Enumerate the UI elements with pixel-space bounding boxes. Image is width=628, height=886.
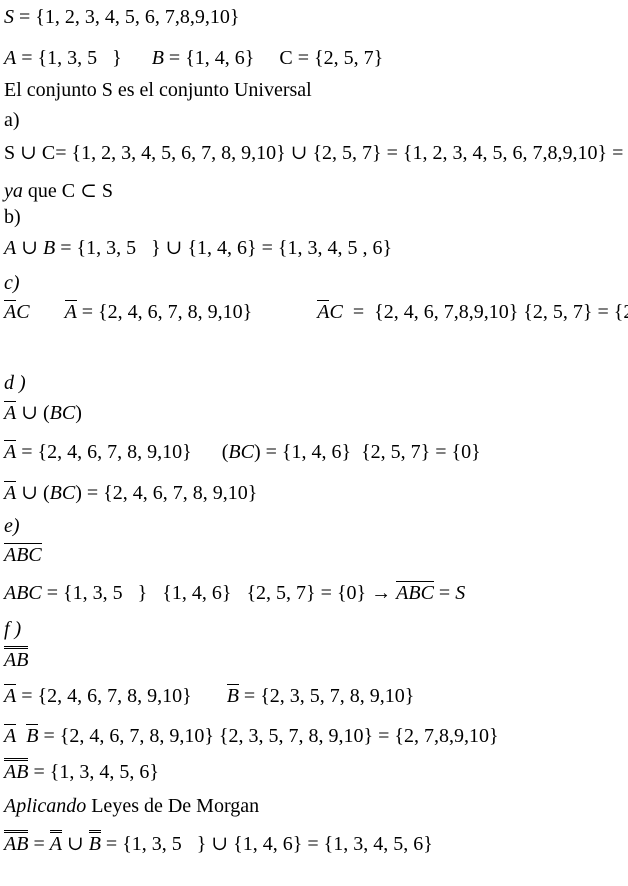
line-comp-a-union-bc-result: A ∪ (BC) = {2, 4, 6, 7, 8, 9,10} bbox=[4, 481, 257, 506]
double-overline-a: A bbox=[50, 830, 62, 855]
overline-a: A bbox=[317, 300, 329, 323]
math-segment: = {1, 3, 5 } ∪ {1, 4, 6} = {1, 3, 4, 5, … bbox=[101, 833, 433, 855]
math-segment: B bbox=[152, 47, 164, 69]
line-comp-a-comp-b-product: A B = {2, 4, 6, 7, 8, 9,10} {2, 3, 5, 7,… bbox=[4, 724, 499, 749]
math-segment: S bbox=[455, 582, 465, 604]
math-segment: ∪ ( bbox=[16, 402, 49, 424]
text-segment: El conjunto S es el conjunto Universal bbox=[4, 79, 312, 101]
overline-b: B bbox=[227, 684, 239, 707]
overline-a: A bbox=[4, 300, 16, 323]
math-segment: = {2, 3, 5, 7, 8, 9,10} bbox=[239, 685, 414, 707]
document-page: S = {1, 2, 3, 4, 5, 6, 7,8,9,10} A = {1,… bbox=[0, 0, 628, 886]
math-segment: = {1, 2, 3, 4, 5, 6, 7,8,9,10} bbox=[14, 6, 239, 28]
line-item-d-label: d ) bbox=[4, 371, 26, 396]
math-segment: = {2, 4, 6, 7, 8, 9,10} {2, 3, 5, 7, 8, … bbox=[38, 725, 498, 747]
overline-a: A bbox=[65, 300, 77, 323]
line-item-e-label: e) bbox=[4, 514, 20, 539]
line-ya-que-c-subset-s: ya que C ⊂ S bbox=[4, 179, 113, 204]
line-double-comp-ab-result: AB = {1, 3, 4, 5, 6} bbox=[4, 758, 159, 785]
text-segment: d ) bbox=[4, 372, 26, 394]
text-segment: f ) bbox=[4, 618, 21, 640]
math-segment: = {2, 4, 6, 7, 8, 9,10} bbox=[77, 301, 252, 323]
math-segment: = {1, 3, 5 } bbox=[16, 47, 151, 69]
line-item-f-label: f ) bbox=[4, 617, 21, 642]
overline-abc: ABC bbox=[396, 581, 434, 604]
double-overline-b: B bbox=[89, 830, 101, 855]
line-double-comp-ab-expression: AB bbox=[4, 646, 28, 673]
text-segment: e) bbox=[4, 515, 20, 537]
math-segment: A bbox=[4, 47, 16, 69]
math-segment: ) = {1, 4, 6} {2, 5, 7} = {0} bbox=[254, 441, 481, 463]
math-segment bbox=[252, 301, 317, 323]
text-segment: a) bbox=[4, 109, 20, 131]
text-segment: Leyes de De Morgan bbox=[86, 795, 259, 817]
line-comp-a-comp-b-values: A = {2, 4, 6, 7, 8, 9,10} B = {2, 3, 5, … bbox=[4, 684, 414, 709]
math-segment: BC bbox=[50, 482, 76, 504]
double-overline-ab: AB bbox=[4, 646, 28, 671]
double-overline-ab: AB bbox=[4, 758, 28, 783]
math-segment: C bbox=[16, 301, 29, 323]
math-segment: = {2, 4, 6, 7,8,9,10} {2, 5, 7} = {2, 7} bbox=[343, 301, 628, 323]
math-segment: = {2, 4, 6, 7, 8, 9,10} bbox=[16, 685, 191, 707]
overline-a: A bbox=[4, 440, 16, 463]
overline-b: B bbox=[26, 724, 38, 747]
line-universal-set-note: El conjunto S es el conjunto Universal bbox=[4, 78, 312, 103]
math-segment: = {1, 3, 4, 5, 6} bbox=[28, 761, 158, 783]
line-comp-a-and-bc-values: A = {2, 4, 6, 7, 8, 9,10} (BC) = {1, 4, … bbox=[4, 440, 481, 465]
line-s-union-c: S ∪ C= {1, 2, 3, 4, 5, 6, 7, 8, 9,10} ∪ … bbox=[4, 141, 628, 166]
line-comp-a-union-bc-expression: A ∪ (BC) bbox=[4, 401, 82, 426]
math-segment: BC bbox=[50, 402, 76, 424]
math-segment: ) = {2, 4, 6, 7, 8, 9,10} bbox=[75, 482, 257, 504]
line-item-c-label: c) bbox=[4, 271, 20, 296]
math-segment: = {1, 3, 5 } {1, 4, 6} {2, 5, 7} = {0} → bbox=[42, 582, 396, 604]
math-segment: = {2, 4, 6, 7, 8, 9,10} bbox=[16, 441, 191, 463]
math-segment: BC bbox=[228, 441, 254, 463]
math-segment bbox=[30, 301, 65, 323]
line-comp-abc-expression: ABC bbox=[4, 543, 42, 568]
math-segment bbox=[192, 685, 227, 707]
math-segment: ( bbox=[192, 441, 229, 463]
math-segment: = {1, 4, 6} C = {2, 5, 7} bbox=[164, 47, 383, 69]
overline-a: A bbox=[4, 401, 16, 424]
math-segment: = {1, 3, 5 } ∪ {1, 4, 6} = {1, 3, 4, 5 ,… bbox=[55, 237, 392, 259]
overline-a: A bbox=[4, 684, 16, 707]
text-segment: ya bbox=[4, 180, 23, 202]
math-segment bbox=[16, 725, 26, 747]
text-segment: b) bbox=[4, 206, 21, 228]
line-abc-calculation: ABC = {1, 3, 5 } {1, 4, 6} {2, 5, 7} = {… bbox=[4, 581, 465, 606]
double-overline-ab: AB bbox=[4, 830, 28, 855]
text-segment: c) bbox=[4, 272, 20, 294]
line-a-union-b: A ∪ B = {1, 3, 5 } ∪ {1, 4, 6} = {1, 3, … bbox=[4, 236, 392, 261]
line-complement-a-times-c: AC A = {2, 4, 6, 7, 8, 9,10} AC = {2, 4,… bbox=[4, 300, 628, 325]
math-segment: ∪ bbox=[62, 833, 89, 855]
overline-a: A bbox=[4, 481, 16, 504]
overline-abc: ABC bbox=[4, 543, 42, 566]
math-segment: A bbox=[4, 237, 16, 259]
line-set-s-definition: S = {1, 2, 3, 4, 5, 6, 7,8,9,10} bbox=[4, 5, 239, 30]
math-segment: ) bbox=[75, 402, 82, 424]
math-segment: S bbox=[4, 6, 14, 28]
math-segment: = bbox=[434, 582, 455, 604]
math-segment: = bbox=[28, 833, 49, 855]
text-segment: Aplicando bbox=[4, 795, 86, 817]
math-segment: S ∪ C= {1, 2, 3, 4, 5, 6, 7, 8, 9,10} ∪ … bbox=[4, 142, 628, 164]
math-segment: ABC bbox=[4, 582, 42, 604]
line-de-morgan-application: AB = A ∪ B = {1, 3, 5 } ∪ {1, 4, 6} = {1… bbox=[4, 830, 433, 857]
line-sets-a-b-c-definitions: A = {1, 3, 5 } B = {1, 4, 6} C = {2, 5, … bbox=[4, 46, 383, 71]
line-item-b-label: b) bbox=[4, 205, 21, 230]
math-segment: B bbox=[43, 237, 55, 259]
line-item-a-label: a) bbox=[4, 108, 20, 133]
overline-a: A bbox=[4, 724, 16, 747]
math-segment: C bbox=[329, 301, 342, 323]
math-segment: ∪ bbox=[16, 237, 43, 259]
line-de-morgan-note: Aplicando Leyes de De Morgan bbox=[4, 794, 259, 819]
math-segment: que C ⊂ S bbox=[23, 180, 113, 202]
math-segment: ∪ ( bbox=[16, 482, 49, 504]
